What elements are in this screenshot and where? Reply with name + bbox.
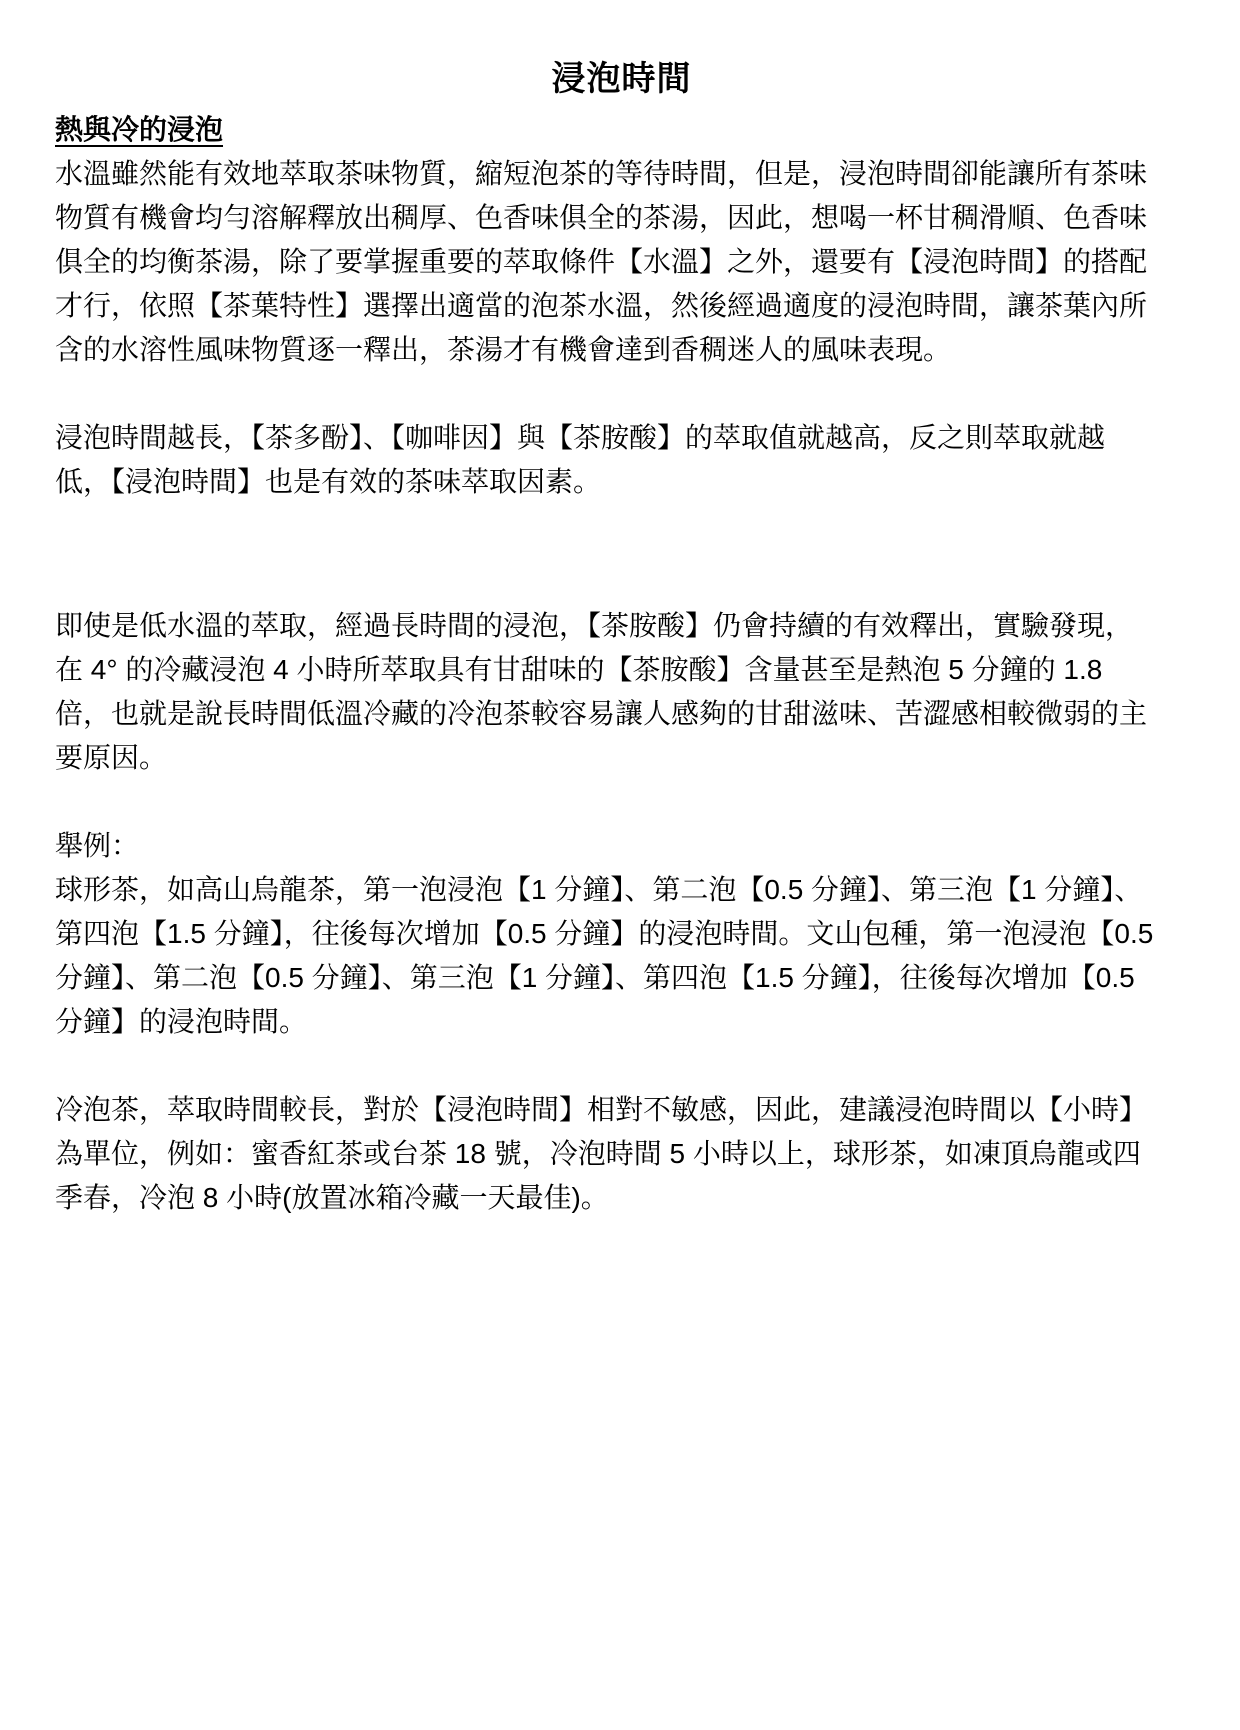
text-line: 物質有機會均勻溶解釋放出稠厚、色香味俱全的茶湯，因此，想喝一杯甘稠滑順、色香味 bbox=[55, 196, 1188, 240]
text-line: 球形茶，如高山烏龍茶，第一泡浸泡【1 分鐘】、第二泡【0.5 分鐘】、第三泡【1… bbox=[55, 868, 1188, 912]
text-line: 舉例： bbox=[55, 824, 1188, 868]
blank-line bbox=[55, 1044, 1188, 1088]
text-line: 倍，也就是說長時間低溫冷藏的冷泡茶較容易讓人感夠的甘甜滋味、苦澀感相較微弱的主 bbox=[55, 692, 1188, 736]
text-line: 為單位，例如：蜜香紅茶或台茶 18 號，冷泡時間 5 小時以上，球形茶，如凍頂烏… bbox=[55, 1132, 1188, 1176]
text-line: 浸泡時間越長，【茶多酚】、【咖啡因】與【茶胺酸】的萃取值就越高，反之則萃取就越 bbox=[55, 416, 1188, 460]
text-line: 在 4° 的冷藏浸泡 4 小時所萃取具有甘甜味的【茶胺酸】含量甚至是熱泡 5 分… bbox=[55, 648, 1188, 692]
text-line: 即使是低水溫的萃取，經過長時間的浸泡，【茶胺酸】仍會持續的有效釋出，實驗發現， bbox=[55, 604, 1188, 648]
blank-lines bbox=[55, 504, 1188, 604]
text-line: 季春，冷泡 8 小時(放置冰箱冷藏一天最佳)。 bbox=[55, 1176, 1188, 1220]
page-title: 浸泡時間 bbox=[55, 56, 1188, 102]
text-line: 要原因。 bbox=[55, 736, 1188, 780]
paragraph-example-label: 舉例： bbox=[55, 824, 1188, 868]
text-line: 冷泡茶，萃取時間較長，對於【浸泡時間】相對不敏感，因此，建議浸泡時間以【小時】 bbox=[55, 1088, 1188, 1132]
text-line: 第四泡【1.5 分鐘】，往後每次增加【0.5 分鐘】的浸泡時間。文山包種，第一泡… bbox=[55, 912, 1188, 956]
blank-line bbox=[55, 780, 1188, 824]
text-line: 含的水溶性風味物質逐一釋出，茶湯才有機會達到香稠迷人的風味表現。 bbox=[55, 328, 1188, 372]
text-line: 分鐘】、第二泡【0.5 分鐘】、第三泡【1 分鐘】、第四泡【1.5 分鐘】，往後… bbox=[55, 956, 1188, 1000]
text-line: 水溫雖然能有效地萃取茶味物質，縮短泡茶的等待時間，但是，浸泡時間卻能讓所有茶味 bbox=[55, 152, 1188, 196]
paragraph-intro: 水溫雖然能有效地萃取茶味物質，縮短泡茶的等待時間，但是，浸泡時間卻能讓所有茶味 … bbox=[55, 152, 1188, 372]
paragraph-example-detail: 球形茶，如高山烏龍茶，第一泡浸泡【1 分鐘】、第二泡【0.5 分鐘】、第三泡【1… bbox=[55, 868, 1188, 1044]
paragraph-cold-brew-advice: 冷泡茶，萃取時間較長，對於【浸泡時間】相對不敏感，因此，建議浸泡時間以【小時】 … bbox=[55, 1088, 1188, 1220]
text-line: 低，【浸泡時間】也是有效的茶味萃取因素。 bbox=[55, 460, 1188, 504]
text-line: 分鐘】的浸泡時間。 bbox=[55, 1000, 1188, 1044]
paragraph-low-temp-extraction: 即使是低水溫的萃取，經過長時間的浸泡，【茶胺酸】仍會持續的有效釋出，實驗發現， … bbox=[55, 604, 1188, 780]
blank-line bbox=[55, 372, 1188, 416]
text-line: 才行，依照【茶葉特性】選擇出適當的泡茶水溫，然後經過適度的浸泡時間，讓茶葉內所 bbox=[55, 284, 1188, 328]
text-line: 俱全的均衡茶湯，除了要掌握重要的萃取條件【水溫】之外，還要有【浸泡時間】的搭配 bbox=[55, 240, 1188, 284]
paragraph-steep-length-effect: 浸泡時間越長，【茶多酚】、【咖啡因】與【茶胺酸】的萃取值就越高，反之則萃取就越 … bbox=[55, 416, 1188, 504]
document-page: 浸泡時間 熱與冷的浸泡 水溫雖然能有效地萃取茶味物質，縮短泡茶的等待時間，但是，… bbox=[0, 0, 1240, 1220]
section-heading: 熱與冷的浸泡 bbox=[55, 108, 223, 152]
